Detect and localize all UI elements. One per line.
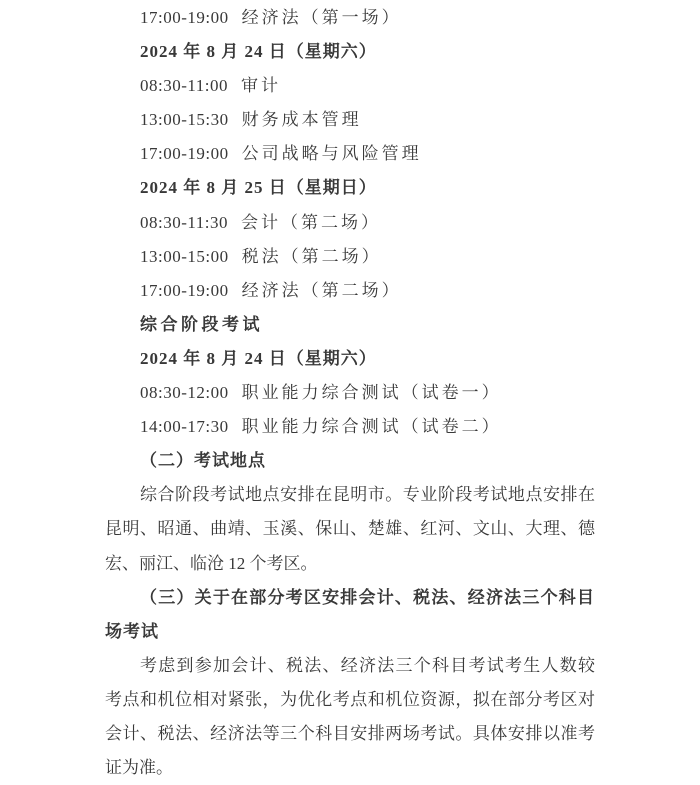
exam-time: 17:00-19:00 [140, 8, 229, 27]
schedule-line: 13:00-15:30财务成本管理 [105, 103, 595, 137]
section-heading: 场考试 [105, 615, 595, 649]
exam-subject: 职业能力综合测试（试卷一） [242, 383, 502, 402]
phase-heading: 综合阶段考试 [105, 308, 595, 342]
exam-time: 08:30-11:00 [140, 76, 228, 95]
exam-time: 13:00-15:30 [140, 110, 229, 129]
exam-subject: 审计 [241, 76, 281, 95]
paragraph-line: 昆明、昭通、曲靖、玉溪、保山、楚雄、红河、文山、大理、德 [105, 512, 595, 546]
schedule-line: 13:00-15:00税法（第二场） [105, 240, 595, 274]
schedule-line: 17:00-19:00经济法（第二场） [105, 274, 595, 308]
exam-subject: 经济法（第一场） [242, 8, 402, 27]
section-heading: （二）考试地点 [105, 444, 595, 478]
paragraph-line: 宏、丽江、临沧 12 个考区。 [105, 547, 595, 581]
exam-time: 17:00-19:00 [140, 281, 229, 300]
exam-time: 08:30-12:00 [140, 383, 229, 402]
date-heading: 2024 年 8 月 25 日（星期日） [105, 171, 595, 205]
exam-subject: 会计（第二场） [241, 213, 381, 232]
exam-subject: 财务成本管理 [242, 110, 362, 129]
paragraph-line: 考虑到参加会计、税法、经济法三个科目考试考生人数较多， [105, 649, 595, 683]
exam-time: 13:00-15:00 [140, 247, 229, 266]
exam-subject: 税法（第二场） [242, 247, 382, 266]
paragraph-line: 综合阶段考试地点安排在昆明市。专业阶段考试地点安排在 [105, 478, 595, 512]
exam-time: 08:30-11:30 [140, 213, 228, 232]
schedule-line: 08:30-12:00职业能力综合测试（试卷一） [105, 376, 595, 410]
paragraph-line: 证为准。 [105, 751, 595, 785]
exam-subject: 职业能力综合测试（试卷二） [242, 417, 502, 436]
exam-subject: 公司战略与风险管理 [242, 144, 422, 163]
schedule-line: 17:00-19:00公司战略与风险管理 [105, 137, 595, 171]
date-heading: 2024 年 8 月 24 日（星期六） [105, 342, 595, 376]
exam-subject: 经济法（第二场） [242, 281, 402, 300]
document-page: 17:00-19:00经济法（第一场）2024 年 8 月 24 日（星期六）0… [105, 0, 595, 785]
date-heading: 2024 年 8 月 24 日（星期六） [105, 35, 595, 69]
schedule-line: 08:30-11:30会计（第二场） [105, 206, 595, 240]
paragraph-line: 会计、税法、经济法等三个科目安排两场考试。具体安排以准考 [105, 717, 595, 751]
exam-time: 17:00-19:00 [140, 144, 229, 163]
schedule-line: 17:00-19:00经济法（第一场） [105, 1, 595, 35]
paragraph-line: 考点和机位相对紧张，为优化考点和机位资源，拟在部分考区对 [105, 683, 595, 717]
schedule-line: 14:00-17:30职业能力综合测试（试卷二） [105, 410, 595, 444]
section-heading: （三）关于在部分考区安排会计、税法、经济法三个科目两 [105, 581, 595, 615]
schedule-line: 08:30-11:00审计 [105, 69, 595, 103]
exam-time: 14:00-17:30 [140, 417, 229, 436]
